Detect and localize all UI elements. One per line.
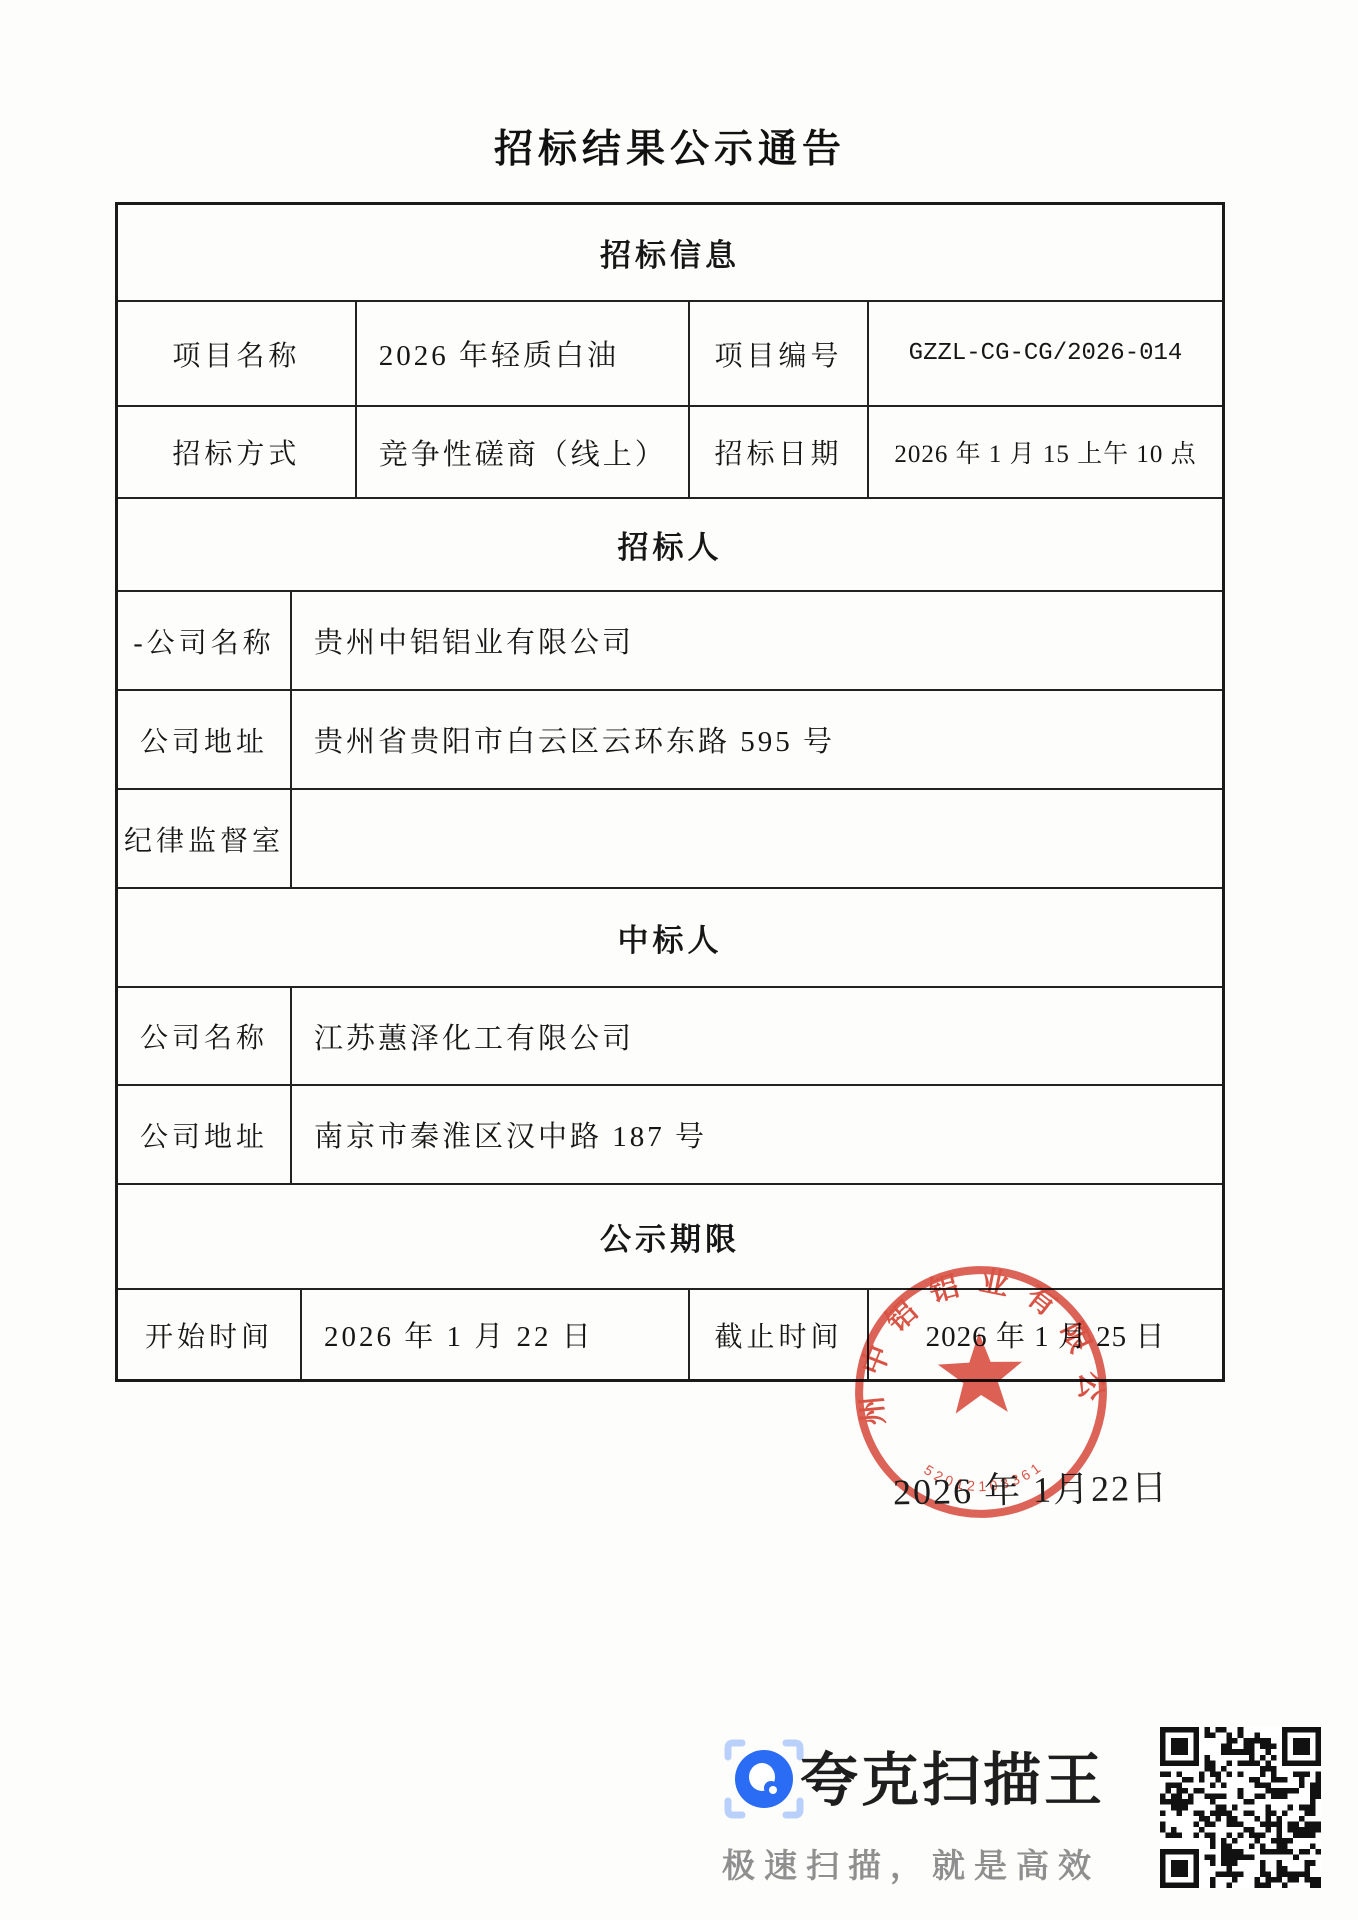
value-tenderer-address: 贵州省贵阳市白云区云环东路 595 号: [292, 691, 1222, 788]
table-row-winner-name: 公司名称 江苏蕙泽化工有限公司: [118, 986, 1222, 1084]
table-row-tenderer-name: -公司名称 贵州中铝铝业有限公司: [118, 590, 1222, 689]
section-row-bid-info: 招标信息: [118, 205, 1222, 300]
value-start-time: 2026 年 1 月 22 日: [302, 1290, 690, 1379]
table-row-project: 项目名称 2026 年轻质白油 项目编号 GZZL-CG-CG/2026-014: [118, 300, 1222, 405]
section-row-period: 公示期限: [118, 1183, 1222, 1288]
scanned-document-page: 招标结果公示通告 招标信息 项目名称 2026 年轻质白油 项目编号 GZZL-…: [0, 0, 1358, 1920]
label-tenderer-address: 公司地址: [118, 691, 292, 788]
table-row-tenderer-address: 公司地址 贵州省贵阳市白云区云环东路 595 号: [118, 689, 1222, 788]
value-discipline-office: [292, 790, 1222, 887]
value-winner-company-name: 江苏蕙泽化工有限公司: [292, 988, 1222, 1084]
label-project-name: 项目名称: [118, 302, 357, 405]
section-header-period: 公示期限: [118, 1185, 1222, 1288]
qr-code: [1160, 1727, 1321, 1888]
label-start-time: 开始时间: [118, 1290, 302, 1379]
table-row-period: 开始时间 2026 年 1 月 22 日 截止时间 2026 年 1 月 25 …: [118, 1288, 1222, 1379]
value-project-name: 2026 年轻质白油: [357, 302, 690, 405]
label-end-time: 截止时间: [690, 1290, 869, 1379]
quark-scanner-logo-icon: [722, 1737, 806, 1821]
label-bid-date: 招标日期: [690, 407, 869, 497]
watermark-brand-name: 夸克扫描王: [800, 1741, 1105, 1821]
section-header-bid-info: 招标信息: [118, 205, 1222, 300]
bid-result-table: 招标信息 项目名称 2026 年轻质白油 项目编号 GZZL-CG-CG/202…: [115, 202, 1225, 1382]
watermark-slogan: 极速扫描，就是高效: [722, 1840, 1100, 1887]
label-discipline-office: 纪律监督室: [118, 790, 292, 887]
label-project-number: 项目编号: [690, 302, 869, 405]
table-row-bid-method: 招标方式 竞争性磋商（线上） 招标日期 2026 年 1 月 15 上午 10 …: [118, 405, 1222, 497]
value-project-number: GZZL-CG-CG/2026-014: [869, 302, 1222, 405]
label-bid-method: 招标方式: [118, 407, 357, 497]
value-end-time: 2026 年 1 月 25 日: [869, 1290, 1222, 1379]
logo-dot: [769, 1786, 777, 1794]
value-bid-date: 2026 年 1 月 15 上午 10 点: [869, 407, 1222, 497]
value-winner-address: 南京市秦淮区汉中路 187 号: [292, 1086, 1222, 1183]
label-winner-address: 公司地址: [118, 1086, 292, 1183]
section-row-winner: 中标人: [118, 887, 1222, 986]
signing-date: 2026 年 1月22日: [893, 1460, 1170, 1516]
section-header-tenderer: 招标人: [118, 499, 1222, 590]
table-row-discipline-office: 纪律监督室: [118, 788, 1222, 887]
value-bid-method: 竞争性磋商（线上）: [357, 407, 690, 497]
value-tenderer-company-name: 贵州中铝铝业有限公司: [292, 592, 1222, 689]
label-winner-company-name: 公司名称: [118, 988, 292, 1084]
section-row-tenderer: 招标人: [118, 497, 1222, 590]
table-row-winner-address: 公司地址 南京市秦淮区汉中路 187 号: [118, 1084, 1222, 1183]
label-tenderer-company-name: -公司名称: [118, 592, 292, 689]
section-header-winner: 中标人: [118, 889, 1222, 986]
page-title: 招标结果公示通告: [115, 118, 1225, 174]
